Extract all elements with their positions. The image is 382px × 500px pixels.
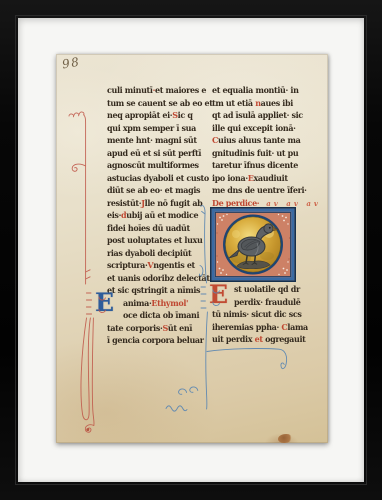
bird-head [264, 224, 273, 233]
text-line: tate corporis·Sūt enī [107, 322, 204, 335]
text-line: apud eū et si sūt perftī [107, 147, 204, 160]
text-line: neq apropiāt ei·Sic q [107, 109, 204, 122]
text-line: qui xpm semper ī sua [107, 122, 204, 135]
text-column-right-top: et equalia montiū· intm ut etiā naues ib… [212, 84, 309, 209]
text-line: me dns de uentre īferi· [212, 184, 309, 197]
text-line: tū nimis· sicut dic scs [212, 308, 309, 321]
manuscript-page: 98 culi minutī·et maiores etum se cauent… [56, 54, 328, 443]
text-line: tum se cauent se ab eo et [107, 97, 204, 110]
text-line: oce dicta ob īmani [107, 309, 204, 322]
text-line: astucias dyaboli et custo [107, 172, 204, 185]
text-line: eis·dubij aū et modice [107, 209, 204, 222]
text-line: tm ut etiā naues ibi [212, 97, 309, 110]
text-line: et uanis odoribz delectāt [107, 272, 204, 285]
red-penwork-flourish [69, 112, 105, 432]
framed-manuscript-photo: 98 culi minutī·et maiores etum se cauent… [0, 0, 382, 500]
text-line: ī gencia corpora beluar [107, 334, 204, 347]
text-line: ille qui excepit ionā· [212, 122, 309, 135]
text-line: uit perdix et ogregauit [212, 333, 309, 346]
text-line: gnitudinis fuit· ut pu [212, 147, 309, 160]
text-line: agnoscūt multiformes [107, 159, 204, 172]
text-line: post uoluptates et luxu [107, 234, 204, 247]
illuminated-initial-blue: E [91, 289, 118, 317]
text-line: resistūt·Jlle nō fugit ab [107, 197, 204, 210]
text-line: ipo iona·Exaudiuit [212, 172, 309, 185]
text-line: taretur īfnus dicente [212, 159, 309, 172]
text-line: iheremias ppha· Clama [212, 321, 309, 334]
text-line: et sic qstringit a nīmis [107, 284, 204, 297]
text-column-left: culi minutī·et maiores etum se cauent se… [107, 84, 204, 347]
text-line: anima·Ethymol' [107, 297, 204, 310]
text-line: et equalia montiū· in [212, 84, 309, 97]
text-line: Cuius aluus tante ma [212, 134, 309, 147]
folio-number: 98 [61, 55, 81, 72]
text-line: scriptura·Vngentis et [107, 259, 204, 272]
parchment-stain [278, 434, 292, 443]
text-line: mente hnt· magni sūt [107, 134, 204, 147]
text-line: fidei hoīes dū uadūt [107, 222, 204, 235]
illuminated-initial-red: E [205, 281, 232, 309]
text-line: qt ad īsulā appliet· sic [212, 109, 309, 122]
text-line: culi minutī·et maiores e [107, 84, 204, 97]
text-line: rias dyaboli decipiūt [107, 247, 204, 260]
text-line: diūt se ab eo· et magis [107, 184, 204, 197]
eye [269, 227, 271, 229]
partridge-miniature [210, 207, 296, 282]
white-mat: 98 culi minutī·et maiores etum se cauent… [18, 18, 364, 482]
